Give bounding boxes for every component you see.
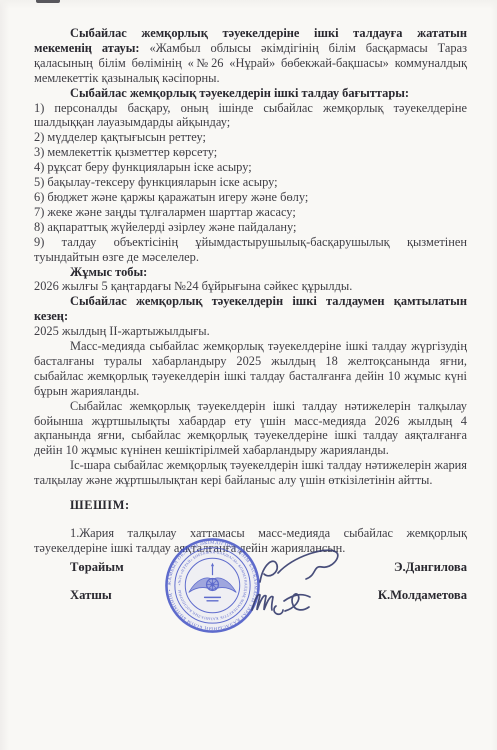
direction-item: 2) мүдделер қақтығысын реттеу;	[34, 130, 467, 145]
working-group-heading: Жұмыс тобы:	[34, 265, 467, 280]
directions-heading: Сыбайлас жемқорлық тәуекелдерін ішкі тал…	[34, 86, 467, 101]
direction-item: 5) бақылау-тексеру функцияларын іске асы…	[34, 175, 467, 190]
chair-name: Э.Дангилова	[394, 560, 467, 575]
scan-artifact-bar	[36, 0, 60, 3]
chair-signature-icon	[260, 550, 338, 582]
document-text: Сыбайлас жемқорлық тәуекелдеріне ішкі та…	[34, 26, 467, 556]
decision-heading: ШЕШІМ:	[34, 498, 467, 513]
chair-label: Төрайым	[34, 560, 124, 575]
media-start-paragraph: Масс-медияда сыбайлас жемқорлық тәуекелд…	[34, 339, 467, 399]
event-paragraph: Іс-шара сыбайлас жемқорлық тәуекелдерін …	[34, 458, 467, 488]
secretary-label: Хатшы	[34, 588, 112, 603]
direction-item: 1) персоналды басқару, оның ішінде сыбай…	[34, 101, 467, 131]
secretary-name: К.Молдаметова	[378, 588, 467, 603]
period-heading: Сыбайлас жемқорлық тәуекелдерін ішкі тал…	[34, 294, 467, 324]
direction-item: 3) мемлекеттік қызметтер көрсету;	[34, 145, 467, 160]
secretary-signature-icon	[252, 594, 310, 614]
signatures-ink	[238, 544, 373, 629]
institution-paragraph: Сыбайлас жемқорлық тәуекелдеріне ішкі та…	[34, 26, 467, 86]
working-group-text: 2026 жылғы 5 қаңтардағы №24 бұйрығына сә…	[34, 279, 467, 294]
media-end-paragraph: Сыбайлас жемқорлық тәуекелдерін ішкі тал…	[34, 399, 467, 459]
direction-item: 7) жеке және заңды тұлғалармен шарттар ж…	[34, 205, 467, 220]
direction-item: 4) рұқсат беру функцияларын іске асыру;	[34, 160, 467, 175]
document-page: Сыбайлас жемқорлық тәуекелдеріне ішкі та…	[0, 0, 497, 750]
direction-item: 8) ақпараттық жүйелерді әзірлеу және пай…	[34, 220, 467, 235]
period-text: 2025 жылдың II-жартыжылдығы.	[34, 324, 467, 339]
directions-list: 1) персоналды басқару, оның ішінде сыбай…	[34, 101, 467, 265]
direction-item: 9) талдау объектісінің ұйымдастырушылық-…	[34, 235, 467, 265]
direction-item: 6) бюджет және қаржы қаражатын игеру жән…	[34, 190, 467, 205]
